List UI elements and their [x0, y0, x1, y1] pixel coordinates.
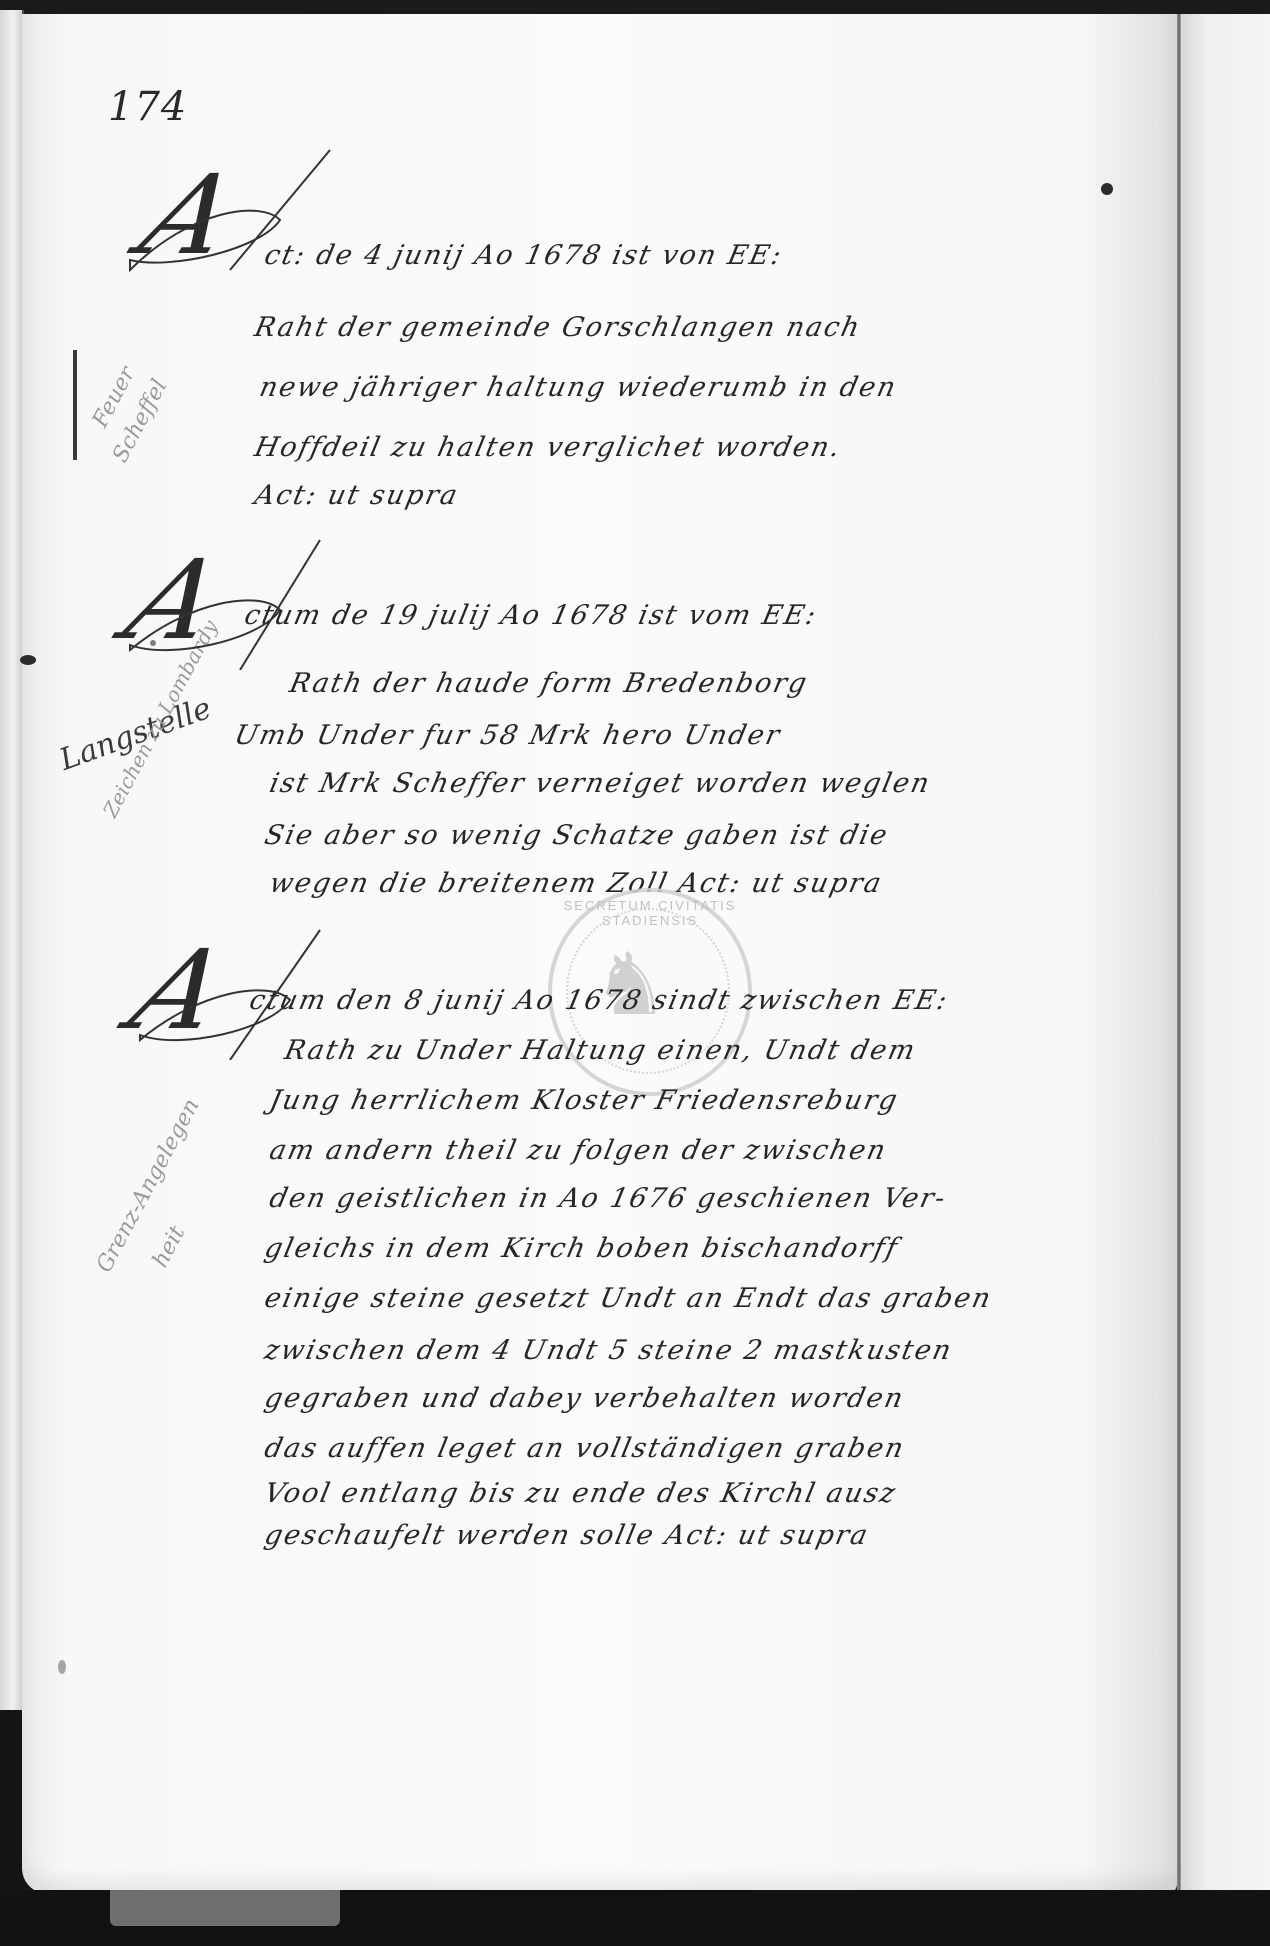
entry-line: am andern theil zu folgen der zwischen [267, 1135, 890, 1166]
manuscript-scan: 174 A ct: de 4 junij Ao 1678 ist von EE:… [0, 0, 1270, 1946]
initial-flourish [110, 530, 430, 670]
previous-page-edge [0, 10, 24, 1710]
entry-line: den geistlichen in Ao 1676 geschienen Ve… [267, 1183, 950, 1214]
entry-line: Sie aber so wenig Schatze gaben ist die [262, 820, 892, 851]
ink-stain [1101, 183, 1113, 195]
scanner-top-edge [0, 0, 1270, 14]
seal-legend: SECRETUM CIVITATIS STADIENSIS [552, 898, 748, 928]
entry-line: gleichs in dem Kirch boben bischandorff [262, 1233, 902, 1264]
entry-line: Jung herrlichem Kloster Friedensreburg [267, 1085, 902, 1116]
entry-line: Umb Under fur 58 Mrk hero Under [232, 720, 784, 751]
folio-number: 174 [108, 84, 187, 130]
ink-stain [58, 1660, 66, 1674]
entry-line: gegraben und dabey verbehalten worden [262, 1383, 908, 1414]
entry-line: Rath der haude form Bredenborg [287, 668, 811, 699]
entry-line: einige steine gesetzt Undt an Endt das g… [262, 1283, 995, 1314]
entry-line: ist Mrk Scheffer verneiget worden weglen [267, 768, 934, 799]
initial-flourish [120, 920, 440, 1060]
next-page-edge [1181, 14, 1270, 1894]
entry-line: geschaufelt werden solle Act: ut supra [262, 1520, 872, 1551]
entry-line: wegen die breitenem Zoll Act: ut supra [267, 868, 886, 899]
margin-marker-line [73, 350, 77, 460]
initial-flourish [110, 140, 430, 280]
entry-line: newe jähriger haltung wiederumb in den [257, 372, 900, 403]
entry-line: zwischen dem 4 Undt 5 steine 2 mastkuste… [262, 1335, 956, 1366]
entry-line: Raht der gemeinde Gorschlangen nach [252, 312, 864, 343]
entry-line: das auffen leget an vollständigen graben [262, 1433, 908, 1464]
entry-line: Vool entlang bis zu ende des Kirchl ausz [262, 1478, 900, 1509]
bookmark-tab [110, 1890, 340, 1926]
entry-line: Hoffdeil zu halten verglichet worden. [252, 432, 845, 463]
ink-stain [20, 655, 36, 665]
entry-line: Act: ut supra [252, 480, 462, 511]
